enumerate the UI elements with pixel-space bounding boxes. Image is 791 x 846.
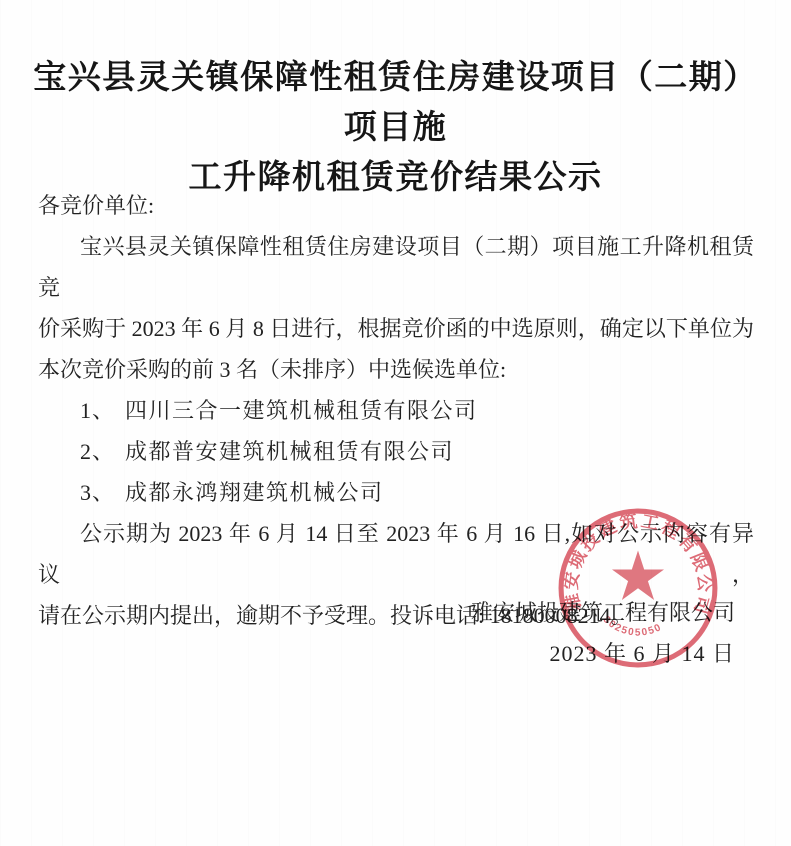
candidate-item: 2、成都普安建筑机械租赁有限公司	[38, 431, 754, 472]
candidate-name: 成都永鸿翔建筑机械公司	[125, 480, 384, 505]
candidate-item: 3、成都永鸿翔建筑机械公司	[38, 472, 754, 513]
candidate-name: 四川三合一建筑机械租赁有限公司	[125, 398, 478, 423]
document-body: 各竞价单位: 宝兴县灵关镇保障性租赁住房建设项目（二期）项目施工升降机租赁竞 价…	[38, 185, 754, 636]
document-page: 宝兴县灵关镇保障性租赁住房建设项目（二期）项目施 工升降机租赁竞价结果公示 各竞…	[0, 0, 791, 846]
page-title: 宝兴县灵关镇保障性租赁住房建设项目（二期）项目施 工升降机租赁竞价结果公示	[30, 52, 761, 202]
candidate-item: 1、四川三合一建筑机械租赁有限公司	[38, 390, 754, 431]
intro-line: 本次竞价采购的前 3 名（未排序）中选候选单位:	[38, 349, 754, 390]
intro-line: 宝兴县灵关镇保障性租赁住房建设项目（二期）项目施工升降机租赁竞	[38, 226, 754, 308]
candidate-index: 3、	[80, 480, 115, 505]
signature-date: 2023 年 6 月 14 日	[471, 633, 735, 674]
page-title-line-1: 宝兴县灵关镇保障性租赁住房建设项目（二期）项目施	[30, 52, 761, 152]
signature-company: 雅安城投建筑工程有限公司	[471, 592, 735, 633]
intro-line: 价采购于 2023 年 6 月 8 日进行，根据竞价函的中选原则，确定以下单位为	[38, 308, 754, 349]
candidate-index: 2、	[80, 439, 115, 464]
salutation: 各竞价单位:	[38, 185, 754, 226]
candidate-name: 成都普安建筑机械租赁有限公司	[125, 439, 454, 464]
notice-line: 公示期为 2023 年 6 月 14 日至 2023 年 6 月 16 日,如对…	[38, 513, 754, 595]
candidate-index: 1、	[80, 398, 115, 423]
signature-block: 雅安城投建筑工程有限公司 2023 年 6 月 14 日	[471, 592, 735, 674]
